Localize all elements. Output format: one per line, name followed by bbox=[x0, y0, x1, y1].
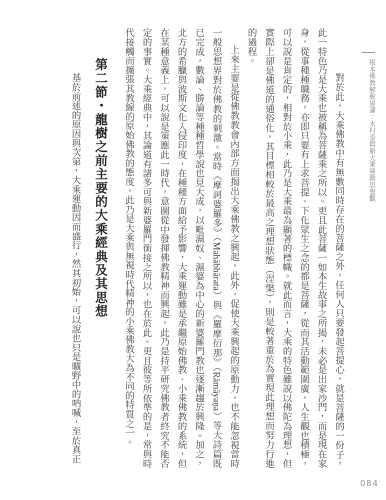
section-separator: ・ bbox=[94, 99, 108, 113]
section-heading: 第二節・龍樹之前主要的大乘經典及其思想 bbox=[91, 28, 111, 468]
running-head-rule bbox=[362, 52, 375, 53]
running-head-title: 根本佛教解脫道論：木村泰賢新大乘運動思想觀 bbox=[367, 59, 376, 202]
paragraph-external-influences: 上來主要是從佛教教會內部方面揭出大乘佛教之興起，此外，促使大乘興起的原動力，也不… bbox=[119, 28, 242, 468]
text-body: 對於此，大乘佛教中有無數同時存在的菩薩之外，任何人只要發起菩提心，就是菩薩的一份… bbox=[65, 28, 346, 468]
book-page: 根本佛教解脫道論：木村泰賢新大乘運動思想觀 對於此，大乘佛教中有無數同時存在的菩… bbox=[0, 0, 386, 500]
section-label: 第二節 bbox=[94, 58, 108, 99]
section-title: 龍樹之前主要的大乘經典及其思想 bbox=[94, 113, 108, 319]
paragraph-bodhisattva-ideal: 對於此，大乘佛教中有無數同時存在的菩薩之外，任何人只要發起菩提心，就是菩薩的一份… bbox=[241, 28, 346, 468]
page-number: 084 bbox=[360, 478, 379, 488]
paragraph-section-opening: 基於前述的原因與次第，大乘運動因而盛行，然其初始，可以說也只是曠野中的吶喊，至於… bbox=[65, 28, 83, 468]
